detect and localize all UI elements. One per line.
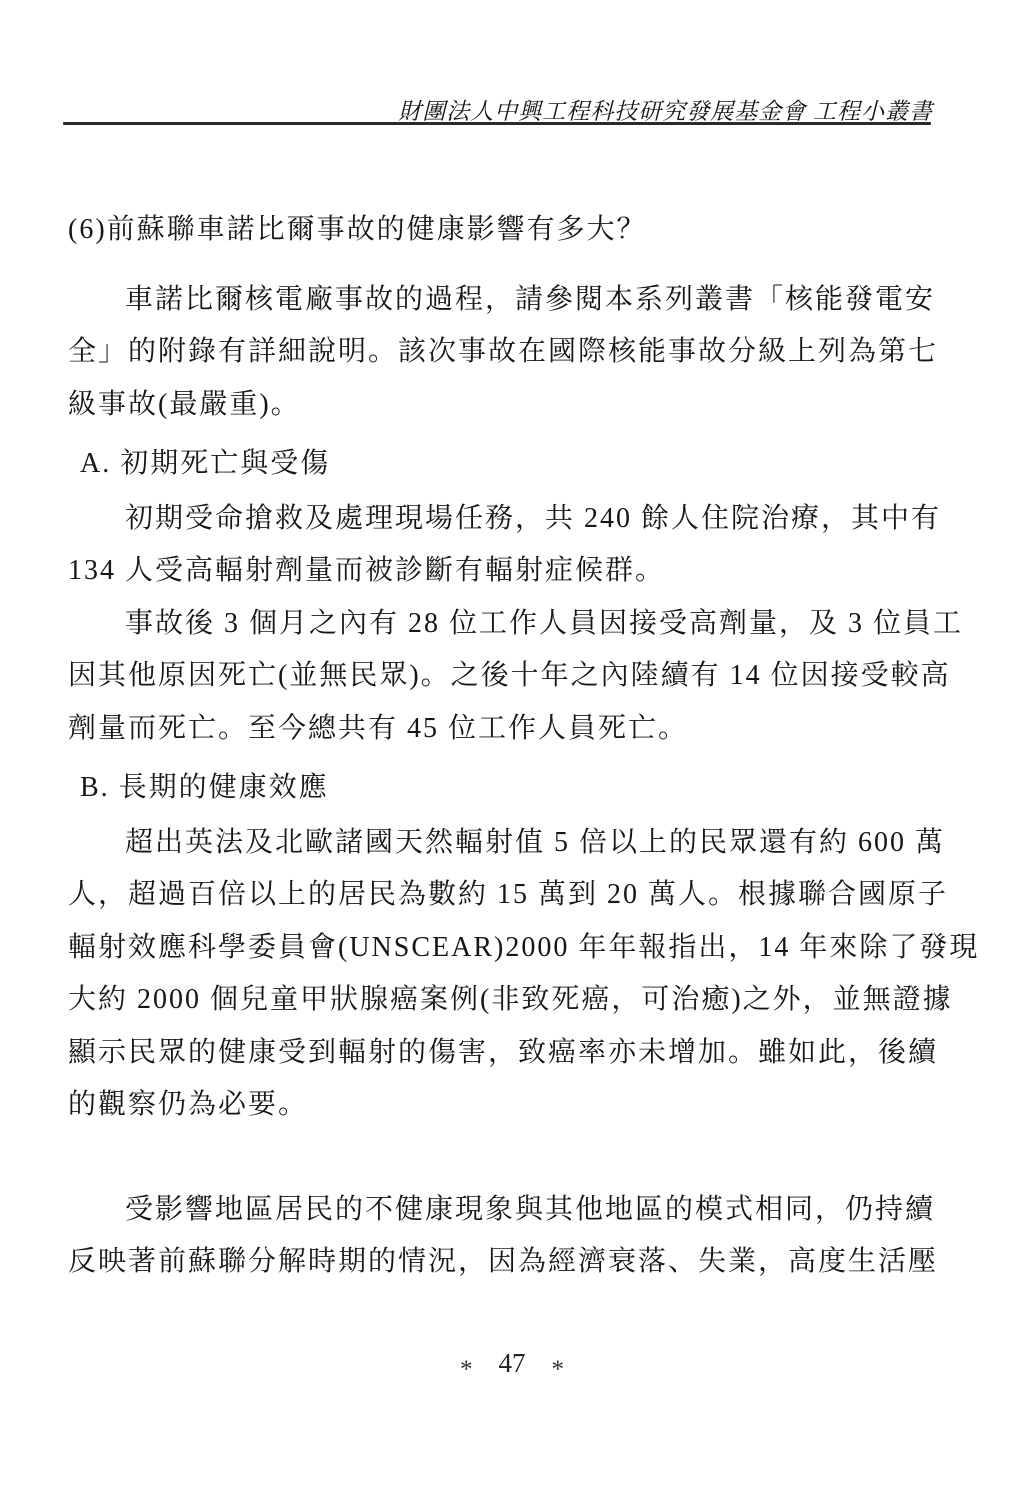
text-line: 顯示民眾的健康受到輻射的傷害，致癌率亦未增加。雖如此，後續 bbox=[68, 1027, 940, 1080]
paragraph-block: 事故後 3 個月之內有 28 位工作人員因接受高劑量，及 3 位員工因其他原因死… bbox=[68, 598, 940, 756]
text-line: 輻射效應科學委員會(UNSCEAR)2000 年年報指出，14 年來除了發現 bbox=[68, 922, 940, 975]
text-line: 反映著前蘇聯分解時期的情況，因為經濟衰落、失業，高度生活壓 bbox=[68, 1236, 940, 1289]
paragraph-block: 初期受命搶救及處理現場任務，共 240 餘人住院治療，其中有134 人受高輻射劑… bbox=[68, 493, 940, 598]
text-line: 事故後 3 個月之內有 28 位工作人員因接受高劑量，及 3 位員工 bbox=[68, 598, 940, 651]
text-line: (6)前蘇聯車諾比爾事故的健康影響有多大？ bbox=[68, 204, 940, 257]
text-line: 全」的附錄有詳細說明。該次事故在國際核能事故分級上列為第七 bbox=[68, 326, 940, 379]
text-line: B. 長期的健康效應 bbox=[80, 762, 940, 815]
text-line: A. 初期死亡與受傷 bbox=[80, 438, 940, 491]
text-line: 級事故(最嚴重)。 bbox=[68, 379, 940, 432]
text-line: 134 人受高輻射劑量而被診斷有輻射症候群。 bbox=[68, 545, 940, 598]
paragraph-block: 車諾比爾核電廠事故的過程，請參閱本系列叢書「核能發電安全」的附錄有詳細說明。該次… bbox=[68, 274, 940, 432]
document-body: (6)前蘇聯車諾比爾事故的健康影響有多大？車諾比爾核電廠事故的過程，請參閱本系列… bbox=[68, 204, 940, 1289]
text-line: 初期受命搶救及處理現場任務，共 240 餘人住院治療，其中有 bbox=[68, 493, 940, 546]
text-line: 因其他原因死亡(並無民眾)。之後十年之內陸續有 14 位因接受較高 bbox=[68, 650, 940, 703]
heading-block: A. 初期死亡與受傷 bbox=[80, 438, 940, 491]
paragraph-block: 受影響地區居民的不健康現象與其他地區的模式相同，仍持續反映著前蘇聯分解時期的情況… bbox=[68, 1184, 940, 1289]
text-line: 受影響地區居民的不健康現象與其他地區的模式相同，仍持續 bbox=[68, 1184, 940, 1237]
text-line: 劑量而死亡。至今總共有 45 位工作人員死亡。 bbox=[68, 703, 940, 756]
text-line: 超出英法及北歐諸國天然輻射值 5 倍以上的民眾還有約 600 萬 bbox=[68, 817, 940, 870]
page-number: 47 bbox=[499, 1348, 526, 1379]
page-footer: * 47 * bbox=[0, 1348, 1024, 1379]
header-rule-line bbox=[63, 122, 931, 125]
scanned-document-page: 財團法人中興工程科技研究發展基金會 工程小叢書 (6)前蘇聯車諾比爾事故的健康影… bbox=[0, 0, 1024, 1504]
text-line: 大約 2000 個兒童甲狀腺癌案例(非致死癌，可治癒)之外，並無證據 bbox=[68, 974, 940, 1027]
footer-star-right: * bbox=[552, 1356, 565, 1384]
footer-star-left: * bbox=[460, 1356, 473, 1384]
text-line: 人，超過百倍以上的居民為數約 15 萬到 20 萬人。根據聯合國原子 bbox=[68, 869, 940, 922]
heading-block: (6)前蘇聯車諾比爾事故的健康影響有多大？ bbox=[68, 204, 940, 257]
paragraph-block: 超出英法及北歐諸國天然輻射值 5 倍以上的民眾還有約 600 萬人，超過百倍以上… bbox=[68, 817, 940, 1132]
heading-block: B. 長期的健康效應 bbox=[80, 762, 940, 815]
text-line: 車諾比爾核電廠事故的過程，請參閱本系列叢書「核能發電安 bbox=[68, 274, 940, 327]
text-line: 的觀察仍為必要。 bbox=[68, 1079, 940, 1132]
